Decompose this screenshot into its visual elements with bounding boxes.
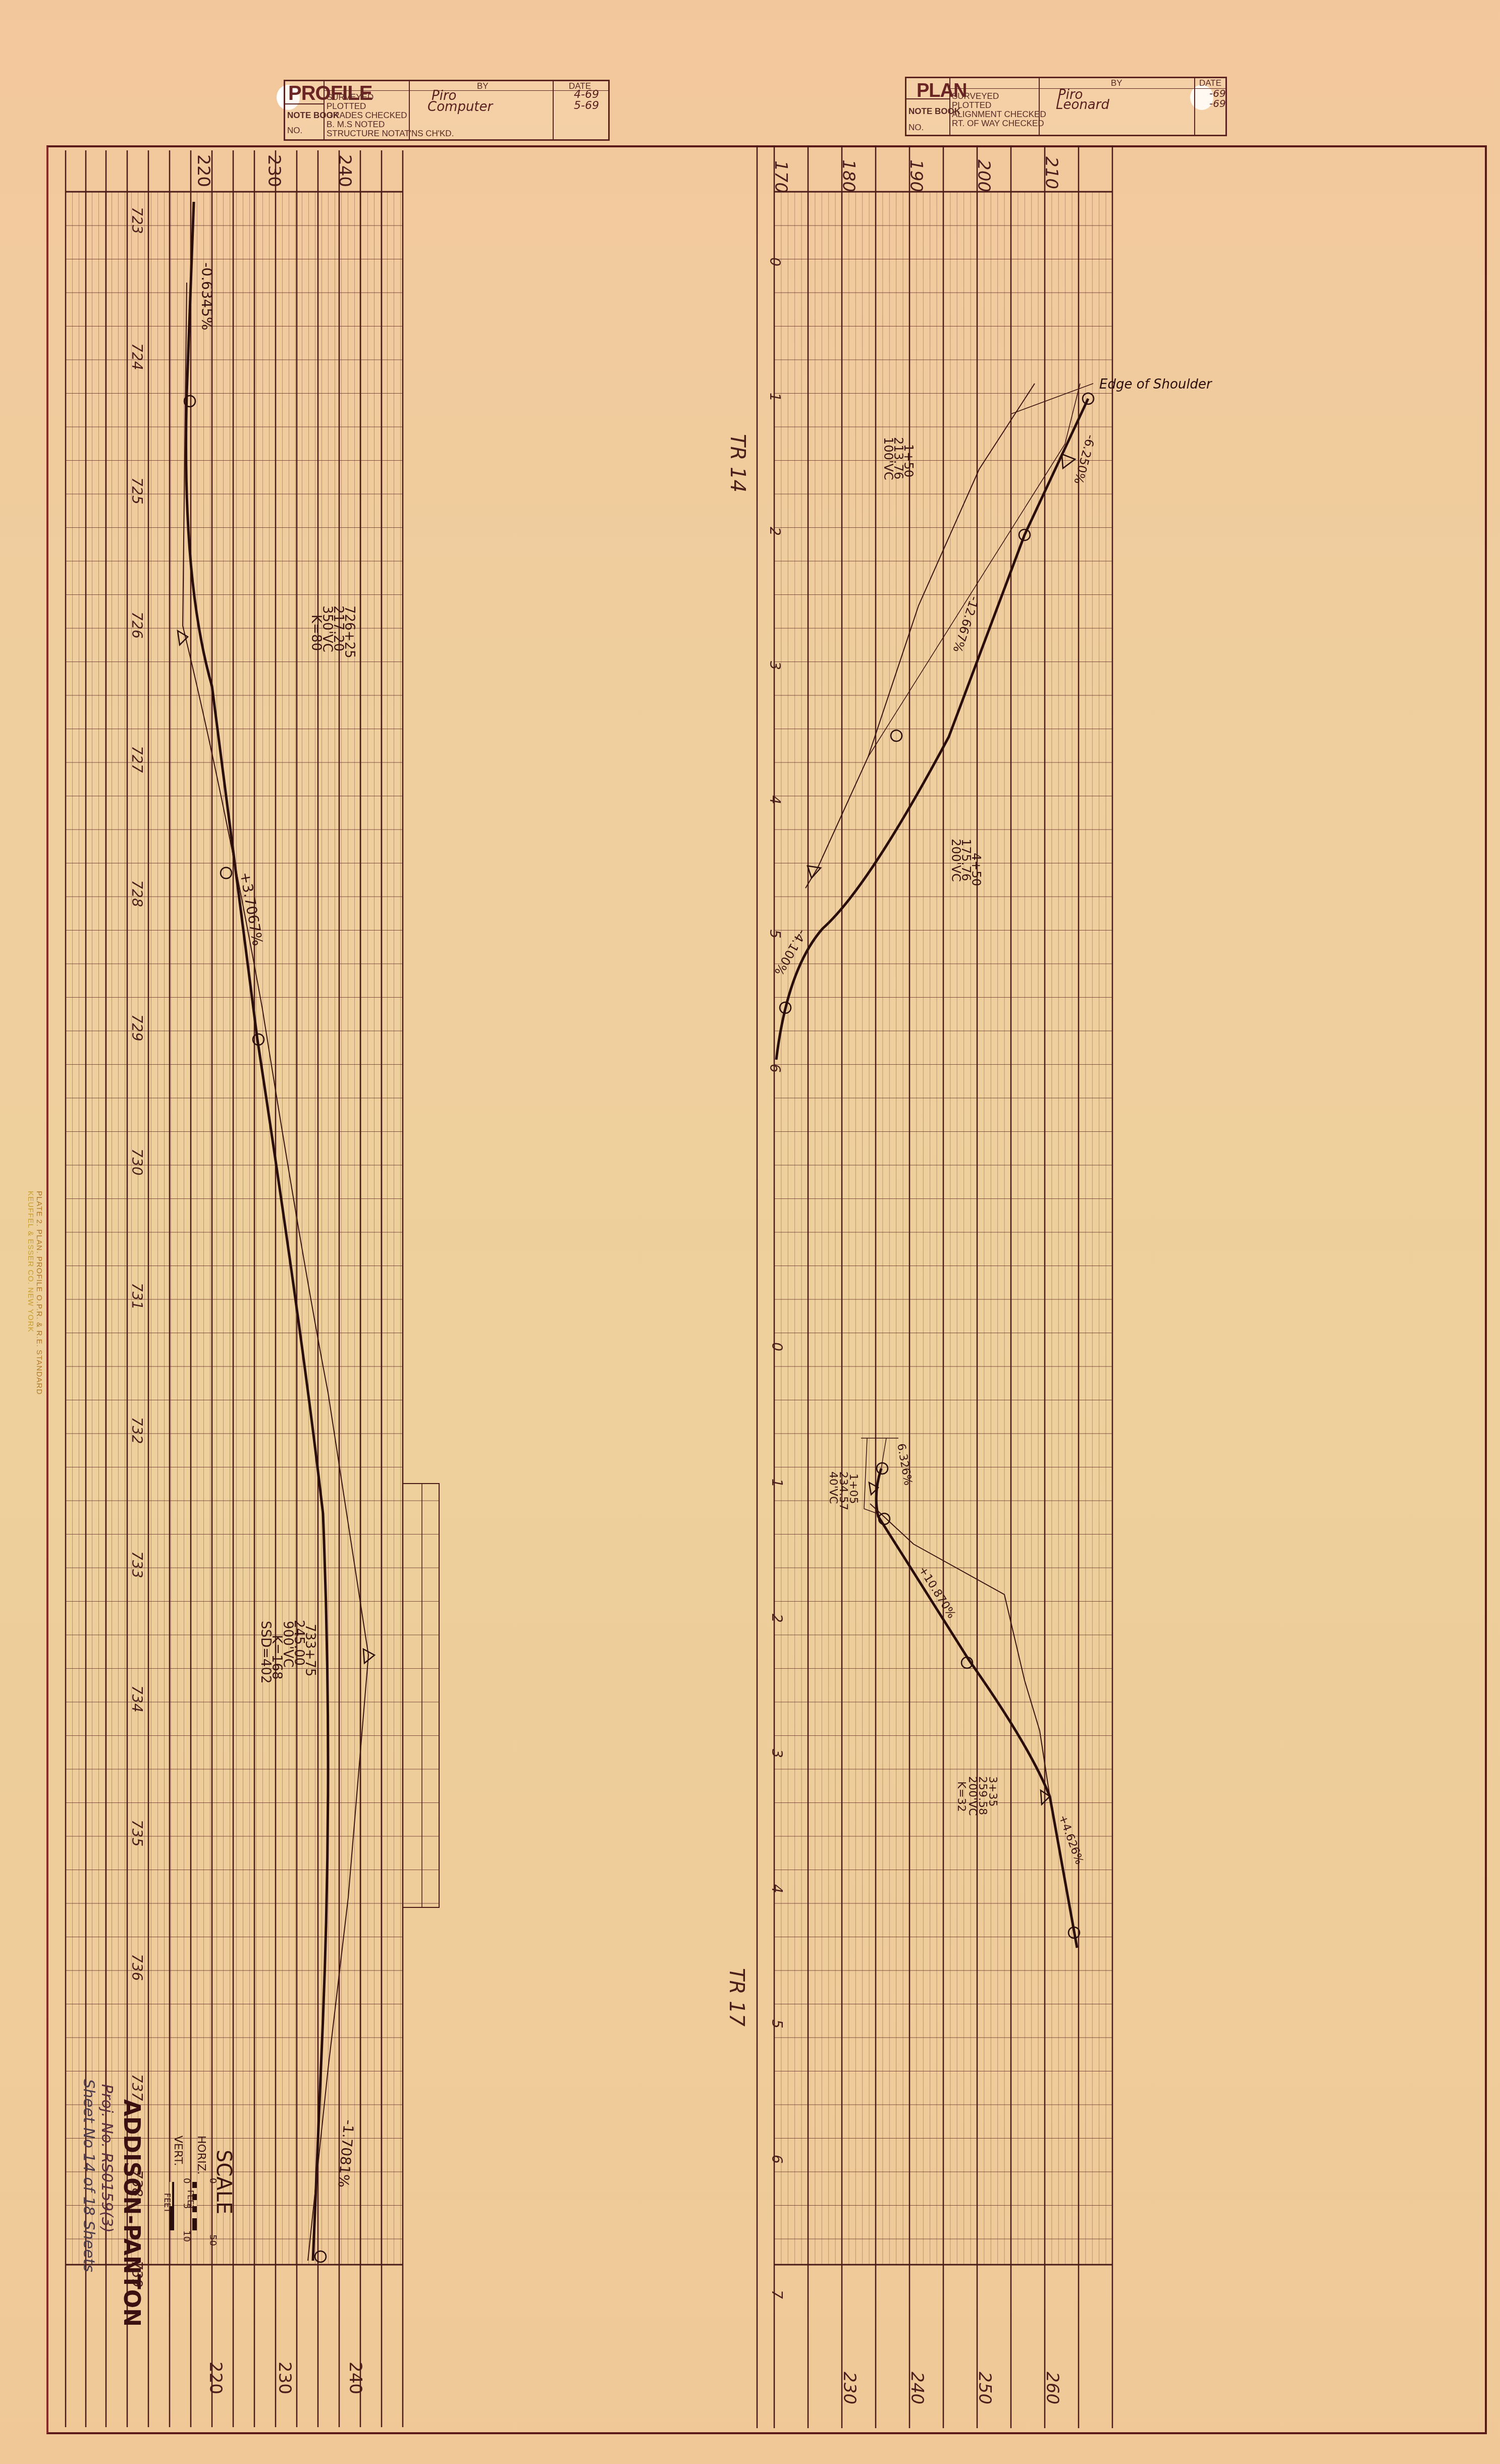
station-725: 725	[129, 477, 145, 504]
station-726: 726	[129, 612, 145, 638]
plan-upper-sta-2: 2	[767, 527, 783, 536]
station-735: 735	[129, 1820, 145, 1846]
plan-upper-sta-4: 4	[767, 795, 783, 804]
station-733: 733	[129, 1551, 145, 1578]
plan-lower-sta-6: 6	[769, 2155, 785, 2164]
profile-bottom-elev-230: 230	[275, 2362, 295, 2394]
station-732: 732	[129, 1417, 145, 1444]
profile-top-elev-240: 240	[335, 154, 355, 187]
vc2-ssd: SSD=402	[258, 1621, 273, 1683]
scale-vert-10: 10	[181, 2230, 192, 2242]
plan-upper-sta-0: 0	[767, 257, 783, 266]
station-727: 727	[129, 746, 145, 773]
plan-lower-sta-3: 3	[769, 1749, 785, 1758]
grade-label-1: -0.6345%	[198, 262, 215, 331]
plan-top-elev-210: 210	[1041, 156, 1061, 189]
edge-of-shoulder-label: Edge of Shoulder	[1099, 377, 1213, 392]
plan-lower-sta-2: 2	[769, 1614, 785, 1623]
station-729: 729	[129, 1014, 145, 1041]
lower-vc2-k: K=32	[955, 1781, 968, 1812]
plan-upper-sta-1: 1	[767, 393, 783, 402]
plan-upper-sta-5: 5	[767, 929, 783, 939]
station-728: 728	[129, 880, 145, 907]
profile-bottom-elev-240: 240	[345, 2362, 365, 2394]
profile-top-elev-220: 220	[193, 154, 213, 187]
scale-horiz-50: 50	[207, 2234, 218, 2246]
profile-bottom-elev-220: 220	[205, 2362, 226, 2394]
scale-horiz-label: HORIZ.	[195, 2136, 207, 2175]
plan-upper-sta-3: 3	[767, 661, 783, 670]
station-734: 734	[129, 1685, 145, 1712]
plan-bottom-elev-250: 250	[975, 2372, 995, 2404]
project-title-block: ADDISON-PANTON Proj. No. RS0159(3) Sheet…	[80, 2079, 144, 2327]
upper-vc1-len: 100'VC	[881, 437, 895, 480]
project-name: ADDISON-PANTON	[119, 2099, 144, 2327]
vc1-k: K=80	[308, 615, 324, 651]
scale-vert-5: 5	[181, 2203, 192, 2209]
tr14-label: TR 14	[726, 434, 749, 492]
profile-grid	[66, 150, 439, 2427]
plan-top-elev-180: 180	[838, 159, 859, 192]
plan-top-elev-170: 170	[771, 160, 791, 193]
sheet-number: Sheet No 14 of 18 Sheets	[80, 2079, 97, 2272]
plan-bottom-elev-260: 260	[1042, 2372, 1062, 2404]
station-737: 737	[129, 2074, 145, 2101]
station-723: 723	[129, 207, 145, 234]
scale-vert-label: VERT.	[172, 2136, 184, 2166]
profile-grid-panel: 220 230 240 220 230 240 723 724 725 726 …	[0, 0, 1500, 2464]
plan-grid	[757, 145, 1112, 2428]
plan-bottom-elev-230: 230	[839, 2372, 860, 2404]
scale-horiz-0: 0	[207, 2178, 218, 2183]
plan-upper-sta-6: 6	[767, 1064, 783, 1073]
scale-vert-unit: FEET	[163, 2193, 172, 2213]
lower-vc1-len: 40'VC	[827, 1471, 839, 1504]
plan-lower-sta-5: 5	[769, 2019, 785, 2029]
station-724: 724	[129, 343, 145, 370]
profile-top-elev-230: 230	[264, 154, 284, 187]
plan-lower-sta-0: 0	[769, 1342, 785, 1351]
tr17-label: TR 17	[725, 1968, 748, 2027]
plan-lower-sta-1: 1	[769, 1479, 785, 1488]
plan-lower-sta-4: 4	[769, 1884, 785, 1893]
station-731: 731	[129, 1283, 145, 1309]
plan-top-elev-190: 190	[906, 159, 926, 192]
scale-vert-0: 0	[181, 2178, 192, 2183]
plan-top-elev-200: 200	[974, 159, 994, 192]
plan-lower-sta-7: 7	[769, 2290, 785, 2299]
project-number: Proj. No. RS0159(3)	[98, 2084, 116, 2233]
station-730: 730	[129, 1148, 145, 1175]
plan-bottom-elev-240: 240	[907, 2372, 927, 2404]
station-736: 736	[129, 1954, 145, 1981]
upper-vc2-len: 200'VC	[949, 839, 963, 882]
